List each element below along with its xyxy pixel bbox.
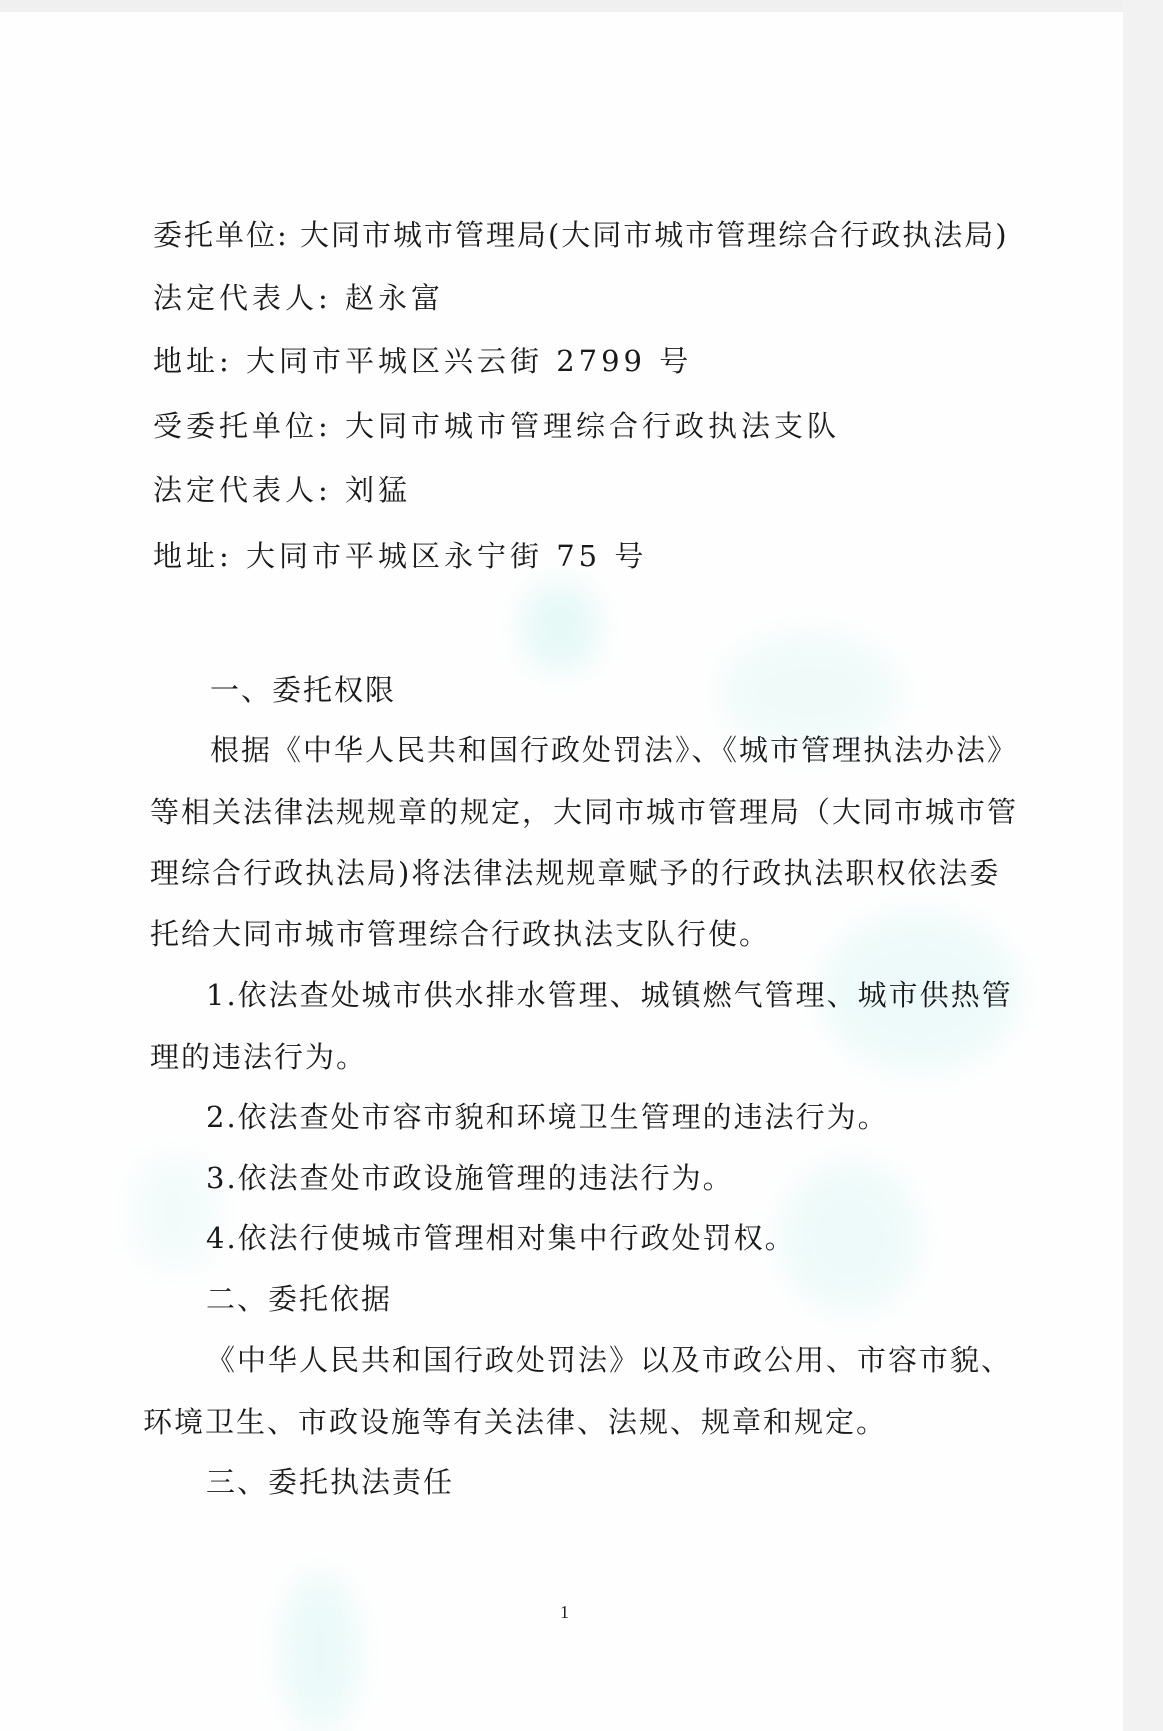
document-page: 委托单位: 大同市城市管理局(大同市城市管理综合行政执法局) 法定代表人: 赵永… [0, 12, 1123, 1731]
paragraph-line: 理综合行政执法局)将法律法规规章赋予的行政执法职权依法委 [150, 855, 1000, 891]
document-viewer: 委托单位: 大同市城市管理局(大同市城市管理综合行政执法局) 法定代表人: 赵永… [0, 0, 1163, 1731]
entrusted-legal-rep-line: 法定代表人: 刘猛 [153, 472, 411, 508]
entrusted-address-line: 地址: 大同市平城区永宁街 75 号 [153, 538, 647, 574]
section-heading-2: 二、委托依据 [206, 1281, 392, 1317]
paragraph-line: 根据《中华人民共和国行政处罚法》、《城市管理执法办法》 [210, 732, 1018, 768]
stamp-bleed-mark [780, 1162, 920, 1312]
list-item-4: 4.依法行使城市管理相对集中行政处罚权。 [206, 1220, 796, 1256]
right-gutter [1123, 0, 1163, 1731]
paragraph-line: 托给大同市城市管理综合行政执法支队行使。 [150, 916, 770, 952]
list-item-3: 3.依法查处市政设施管理的违法行为。 [206, 1160, 734, 1196]
stamp-bleed-mark [280, 1572, 360, 1731]
page-number: 1 [560, 1602, 569, 1623]
list-item-1: 1.依法查处城市供水排水管理、城镇燃气管理、城市供热管 [206, 977, 1013, 1013]
paragraph-line: 环境卫生、市政设施等有关法律、法规、规章和规定。 [143, 1404, 887, 1440]
paragraph-line: 等相关法律法规规章的规定，大同市城市管理局（大同市城市管 [150, 794, 1018, 830]
entrusting-legal-rep-line: 法定代表人: 赵永富 [153, 280, 444, 316]
entrusting-address-line: 地址: 大同市平城区兴云街 2799 号 [153, 343, 692, 379]
paragraph-line: 《中华人民共和国行政处罚法》以及市政公用、市容市貌、 [206, 1342, 1012, 1378]
stamp-bleed-mark [520, 582, 600, 672]
section-heading-1: 一、委托权限 [210, 672, 396, 708]
list-item-2: 2.依法查处市容市貌和环境卫生管理的违法行为。 [206, 1099, 889, 1135]
entrusted-unit-line: 受委托单位: 大同市城市管理综合行政执法支队 [153, 408, 840, 444]
entrusting-unit-line: 委托单位: 大同市城市管理局(大同市城市管理综合行政执法局) [153, 217, 1009, 253]
top-margin-strip [0, 0, 1123, 12]
list-item-1-continued: 理的违法行为。 [150, 1039, 367, 1075]
section-heading-3: 三、委托执法责任 [206, 1464, 454, 1500]
